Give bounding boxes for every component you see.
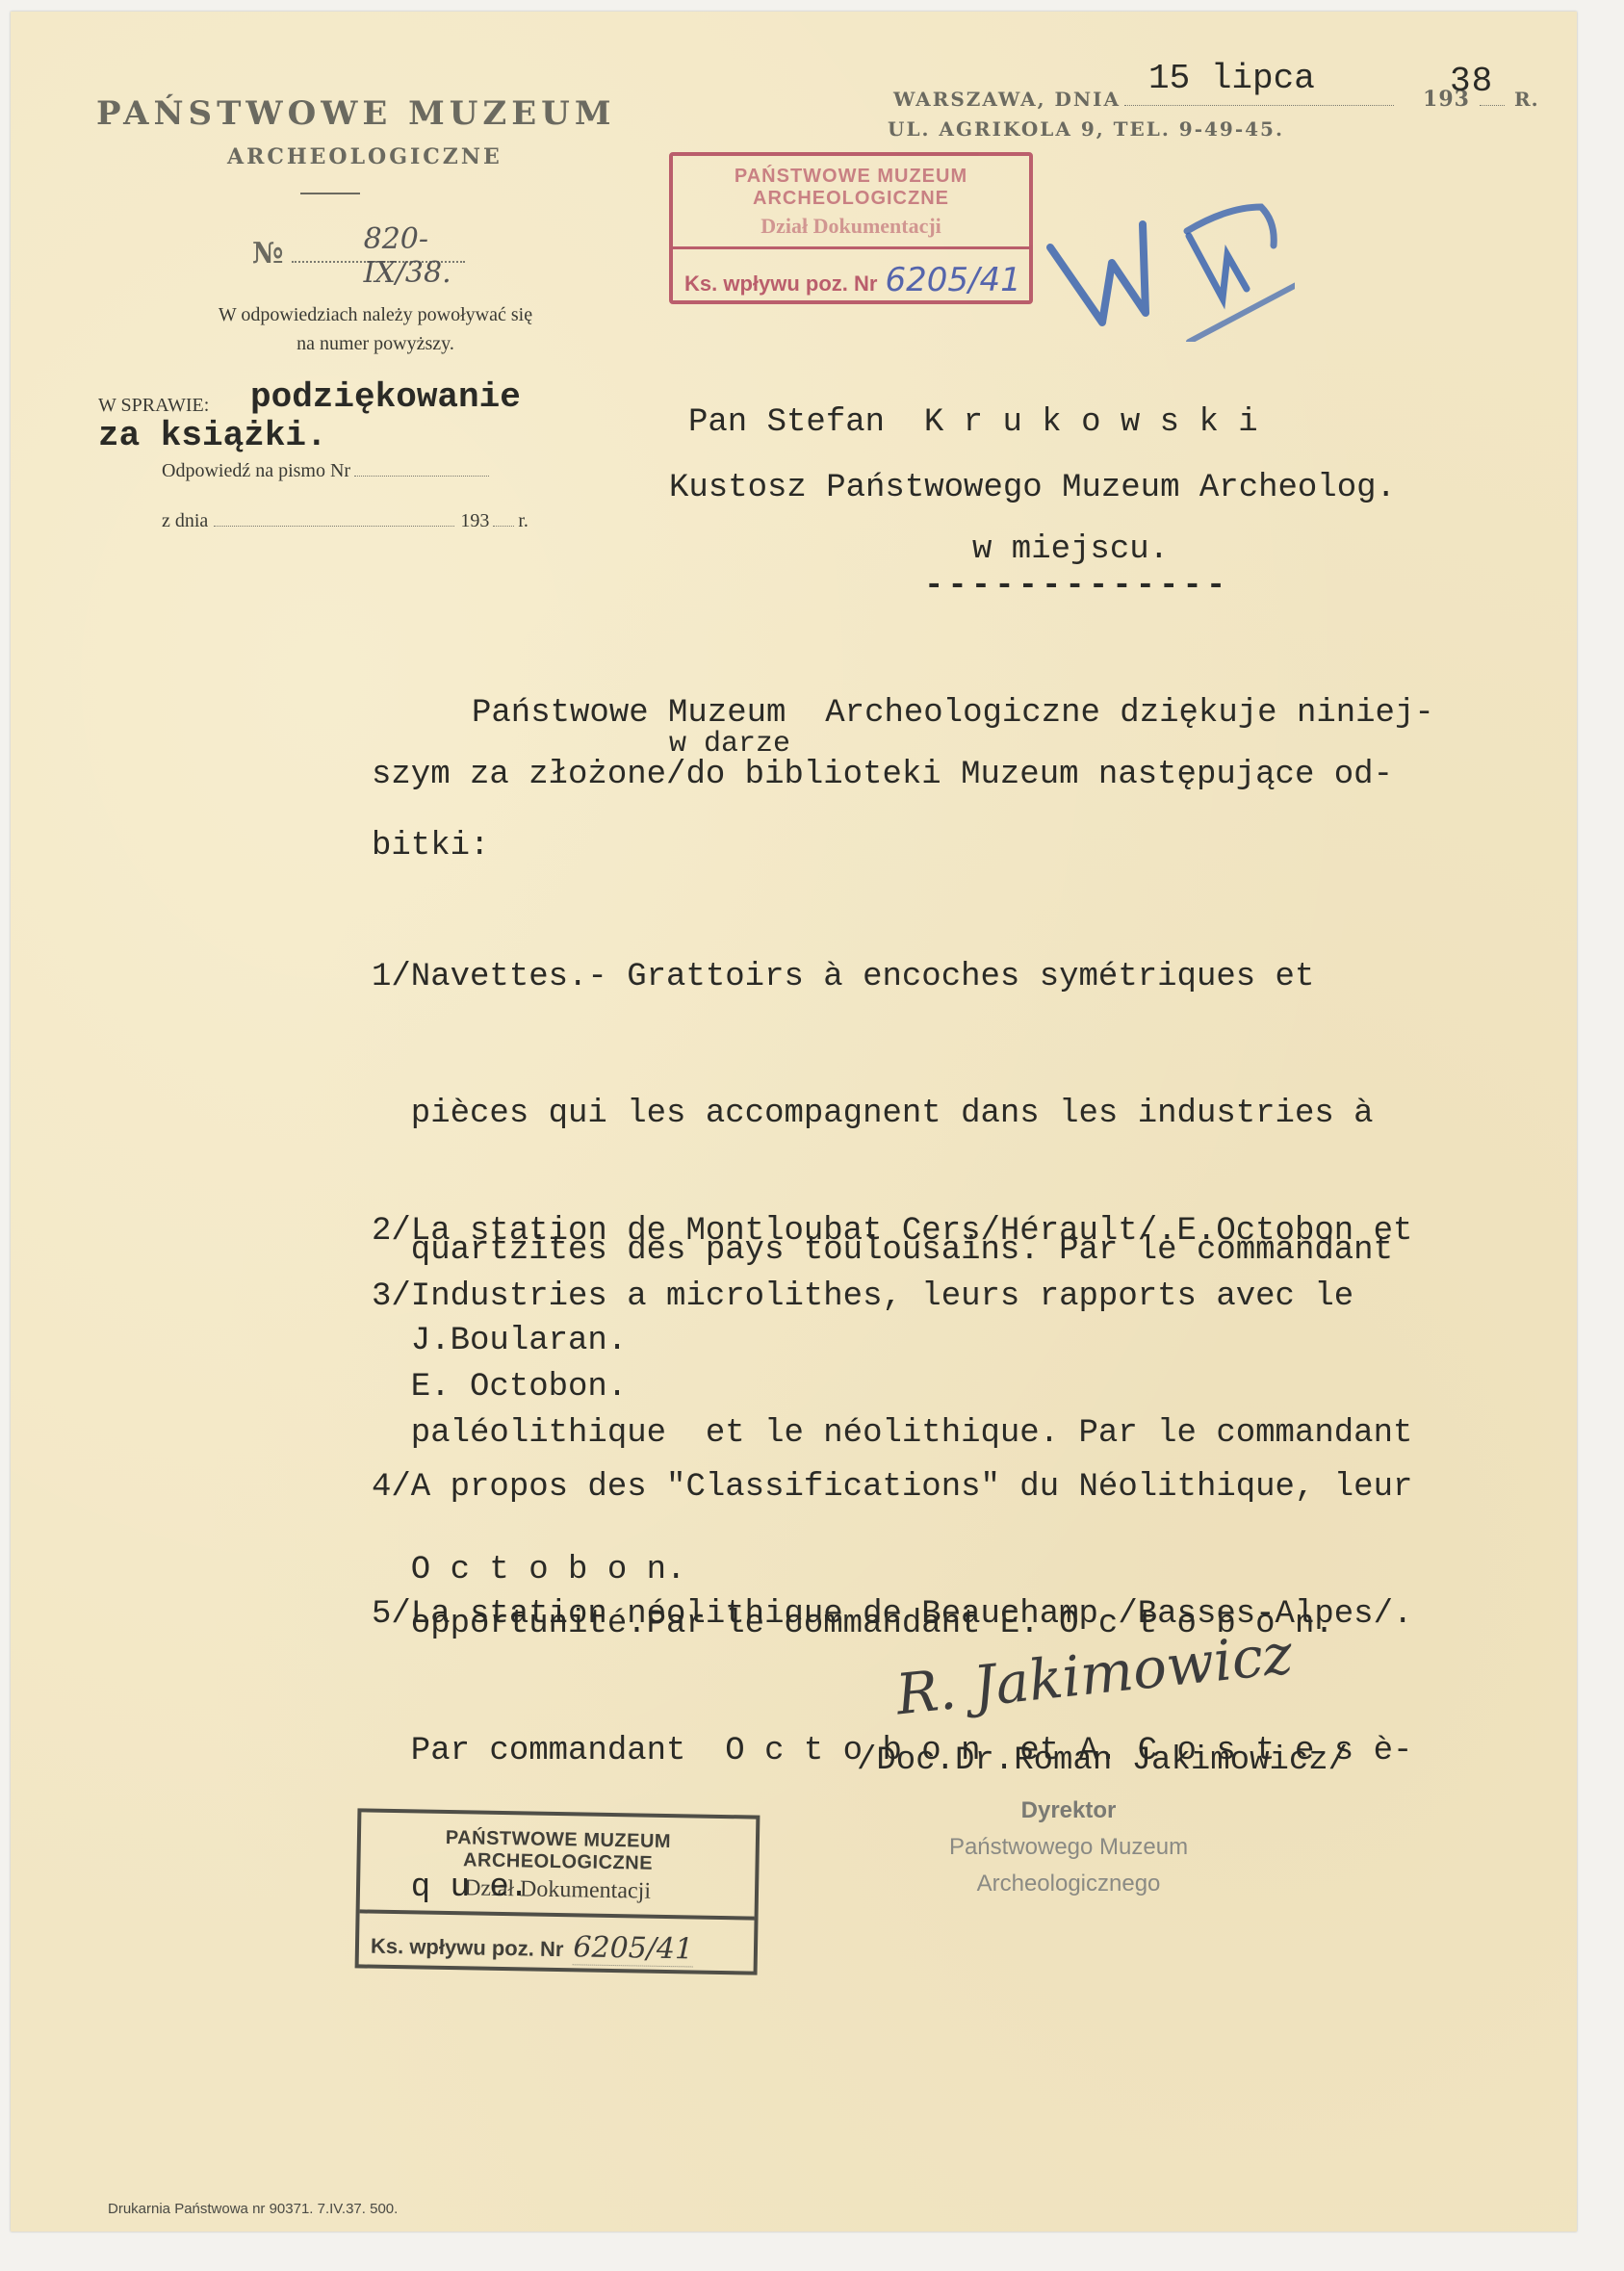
- reply-to-field: Odpowiedź na pismo Nr: [162, 460, 489, 482]
- reference-number: № 820-IX/38.: [252, 236, 465, 271]
- addressee-rule: -------------: [924, 568, 1229, 605]
- blue-crayon-annotation: [1044, 178, 1295, 347]
- list-item-line: 3/Industries a microlithes, leurs rappor…: [372, 1278, 1412, 1342]
- stamp-black-entry: Ks. wpływu poz. Nr 6205/41: [371, 1927, 755, 1969]
- reference-note: W odpowiedziach należy powoływać się na …: [125, 300, 626, 358]
- subject-line1: podziękowanie: [250, 377, 521, 417]
- director-stamp-line1: Dyrektor: [866, 1793, 1271, 1829]
- signatory-typed-name: /Doc.Dr.Roman Jakimowicz/: [857, 1742, 1348, 1779]
- stamp-red-entry: Ks. wpływu poz. Nr 6205/41: [684, 261, 1029, 299]
- reply-date-blank: [214, 526, 454, 527]
- body-interlinear-insert: w darze: [669, 728, 790, 761]
- printer-imprint: Drukarnia Państwowa nr 90371. 7.IV.37. 5…: [108, 2201, 398, 2217]
- address-line: UL. AGRIKOLA 9, TEL. 9-49-45.: [888, 117, 1284, 141]
- director-stamp-line2: Państwowego Muzeum: [866, 1829, 1271, 1866]
- stamp-black-line1: PAŃSTWOWE MUZEUM ARCHEOLOGICZNE: [360, 1825, 756, 1876]
- year-blank: [1480, 105, 1505, 106]
- number-value: 820-IX/38.: [364, 222, 465, 290]
- reply-to-blank: [354, 476, 489, 477]
- date-line: WARSZAWA, DNIA 15 lipca 193 38 R.: [893, 87, 1539, 112]
- year-field: 193 38: [1423, 87, 1470, 112]
- subject-label: W SPRAWIE:: [98, 395, 209, 417]
- institution-name: PAŃSTWOWE MUZEUM: [96, 94, 615, 133]
- reply-date-label: z dnia: [162, 510, 208, 532]
- crayon-mark-icon: [1044, 178, 1295, 342]
- body-intro-line1: Państwowe Muzeum Archeologiczne dziękuje…: [472, 695, 1434, 732]
- year-suffix: R.: [1514, 88, 1539, 111]
- body-intro-line3: bitki:: [372, 828, 489, 865]
- stamp-black-entry-label: Ks. wpływu poz. Nr: [371, 1934, 564, 1962]
- list-item-line: 1/Navettes.- Grattoirs à encoches symétr…: [372, 959, 1393, 1022]
- body-intro-line2: szym za złożone/do biblioteki Muzeum nas…: [372, 757, 1393, 793]
- reply-year-blank: [493, 526, 514, 527]
- number-field: 820-IX/38.: [292, 236, 465, 263]
- city-date-label: WARSZAWA, DNIA: [893, 88, 1121, 111]
- date-field: 15 lipca: [1124, 88, 1394, 106]
- stamp-red-line1: PAŃSTWOWE MUZEUM ARCHEOLOGICZNE: [673, 166, 1029, 210]
- addressee-title: Kustosz Państwowego Muzeum Archeolog.: [669, 470, 1396, 506]
- registry-stamp-black: PAŃSTWOWE MUZEUM ARCHEOLOGICZNE Dział Do…: [355, 1808, 760, 1974]
- reply-date-year: 193: [460, 510, 489, 532]
- addressee-location: w miejscu.: [972, 531, 1169, 568]
- reply-to-label: Odpowiedź na pismo Nr: [162, 460, 350, 482]
- date-typed: 15 lipca: [1148, 59, 1315, 98]
- registry-stamp-red: PAŃSTWOWE MUZEUM ARCHEOLOGICZNE Dział Do…: [669, 152, 1033, 304]
- reference-note-line2: na numer powyższy.: [125, 329, 626, 358]
- stamp-red-entry-label: Ks. wpływu poz. Nr: [684, 271, 877, 297]
- stamp-red-line2: Dział Dokumentacji: [673, 214, 1029, 239]
- stamp-red-entry-number: 6205/41: [885, 261, 1020, 299]
- institution-subtitle: ARCHEOLOGICZNE: [227, 144, 503, 169]
- ornament-divider: [300, 193, 360, 194]
- number-sign: №: [252, 237, 284, 271]
- year-typed: 38: [1450, 62, 1493, 101]
- reply-date-suffix: r.: [518, 510, 528, 532]
- reply-date-field: z dnia 193 r.: [162, 510, 528, 532]
- director-stamp-line3: Archeologicznego: [866, 1866, 1271, 1902]
- addressee-name: Pan Stefan K r u k o w s k i: [688, 404, 1258, 441]
- director-title-stamp: Dyrektor Państwowego Muzeum Archeologicz…: [866, 1793, 1271, 1902]
- stamp-black-entry-number: 6205/41: [573, 1930, 693, 1967]
- stamp-black-line2: Dział Dokumentacji: [360, 1873, 755, 1906]
- reference-note-line1: W odpowiedziach należy powoływać się: [125, 300, 626, 329]
- subject-line2: za książki.: [98, 416, 327, 455]
